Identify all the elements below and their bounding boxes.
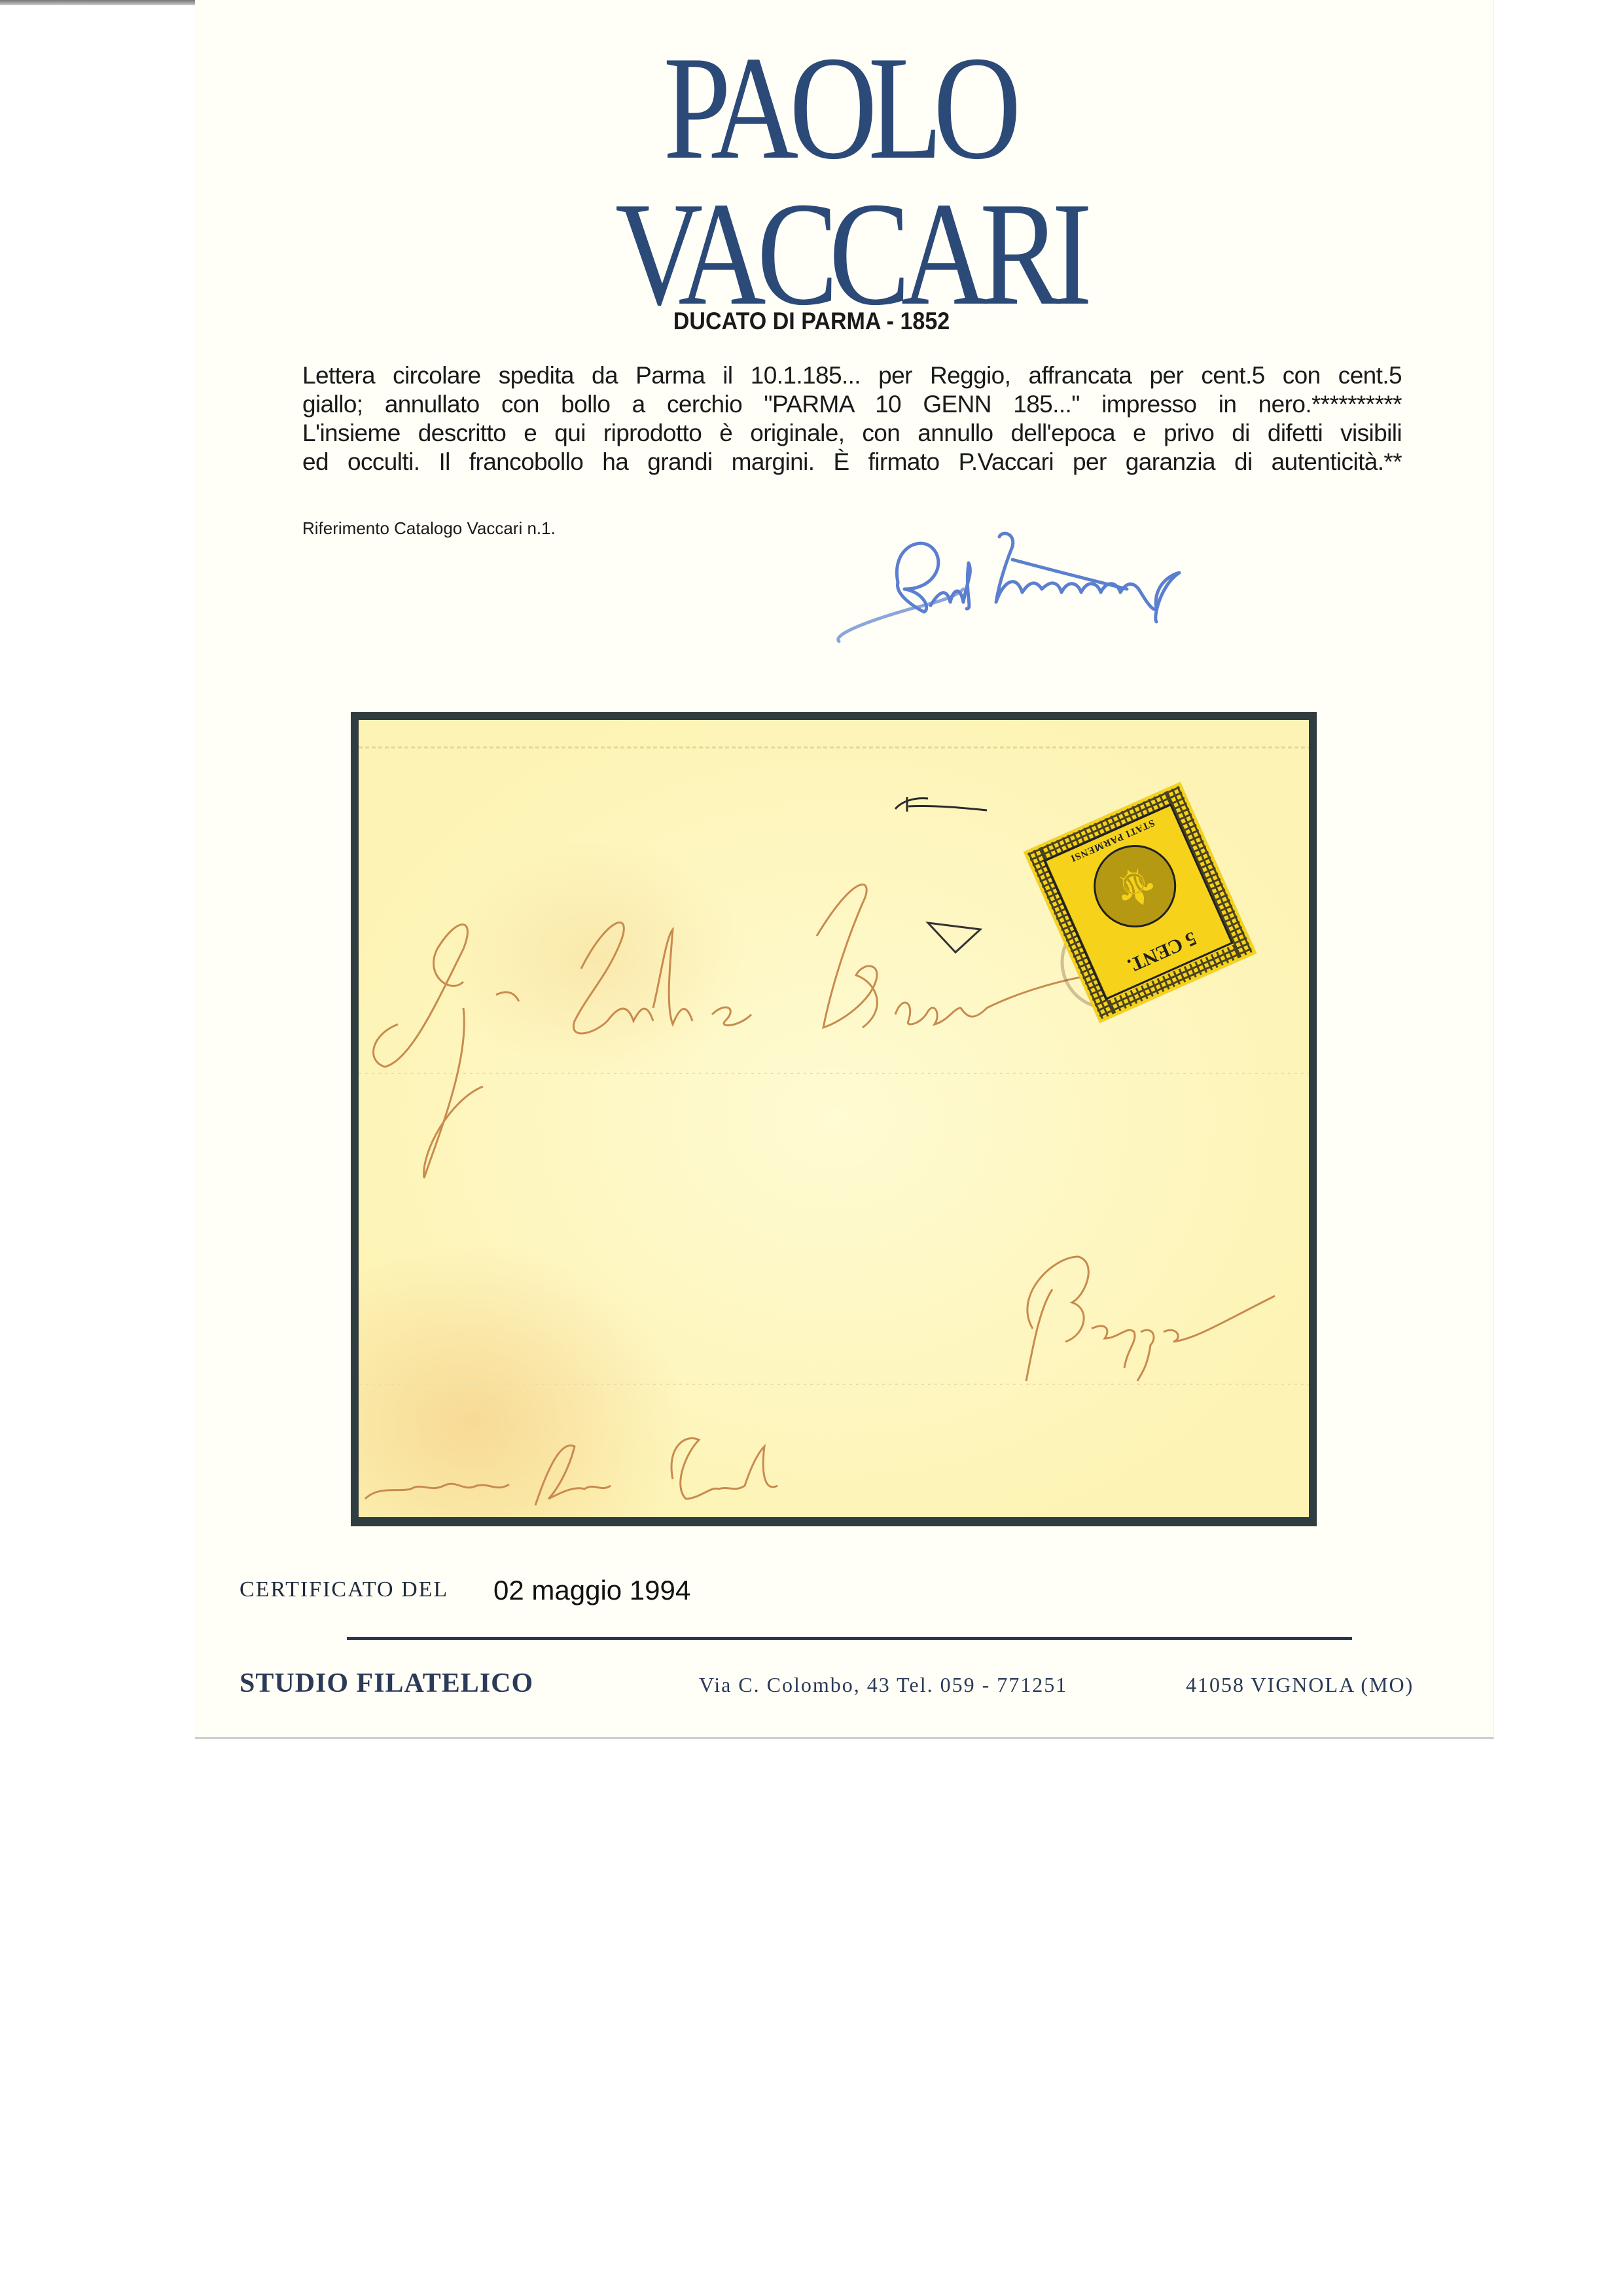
document-title: DUCATO DI PARMA - 1852 — [65, 308, 1558, 335]
signature — [826, 511, 1454, 655]
catalog-reference: Riferimento Catalogo Vaccari n.1. — [302, 518, 556, 539]
logo: PAOLO VACCARI — [615, 42, 1060, 298]
studio-name: STUDIO FILATELICO — [240, 1668, 533, 1699]
description-text: Lettera circolare spedita da Parma il 10… — [302, 361, 1402, 476]
description-line: Lettera circolare spedita da Parma il 10… — [302, 361, 1402, 390]
studio-address: Via C. Colombo, 43 Tel. 059 - 771251 — [699, 1673, 1067, 1697]
folded-letter: STATI PARMENSI ⚜ 5 CENT. — [359, 720, 1309, 1517]
cover-frame: STATI PARMENSI ⚜ 5 CENT. — [351, 712, 1317, 1526]
certificate-label: CERTIFICATO DEL — [240, 1577, 448, 1602]
certificate-date: 02 maggio 1994 — [493, 1575, 690, 1606]
logo-line-2: VACCARI — [615, 188, 1060, 321]
description-line: L'insieme descritto e qui riprodotto è o… — [302, 419, 1402, 448]
logo-line-1: PAOLO — [615, 42, 1060, 175]
description-line: giallo; annullato con bollo a cerchio "P… — [302, 390, 1402, 419]
studio-city: 41058 VIGNOLA (MO) — [1186, 1673, 1414, 1697]
description-line: ed occulti. Il francobollo ha grandi mar… — [302, 448, 1402, 476]
divider — [347, 1637, 1352, 1640]
